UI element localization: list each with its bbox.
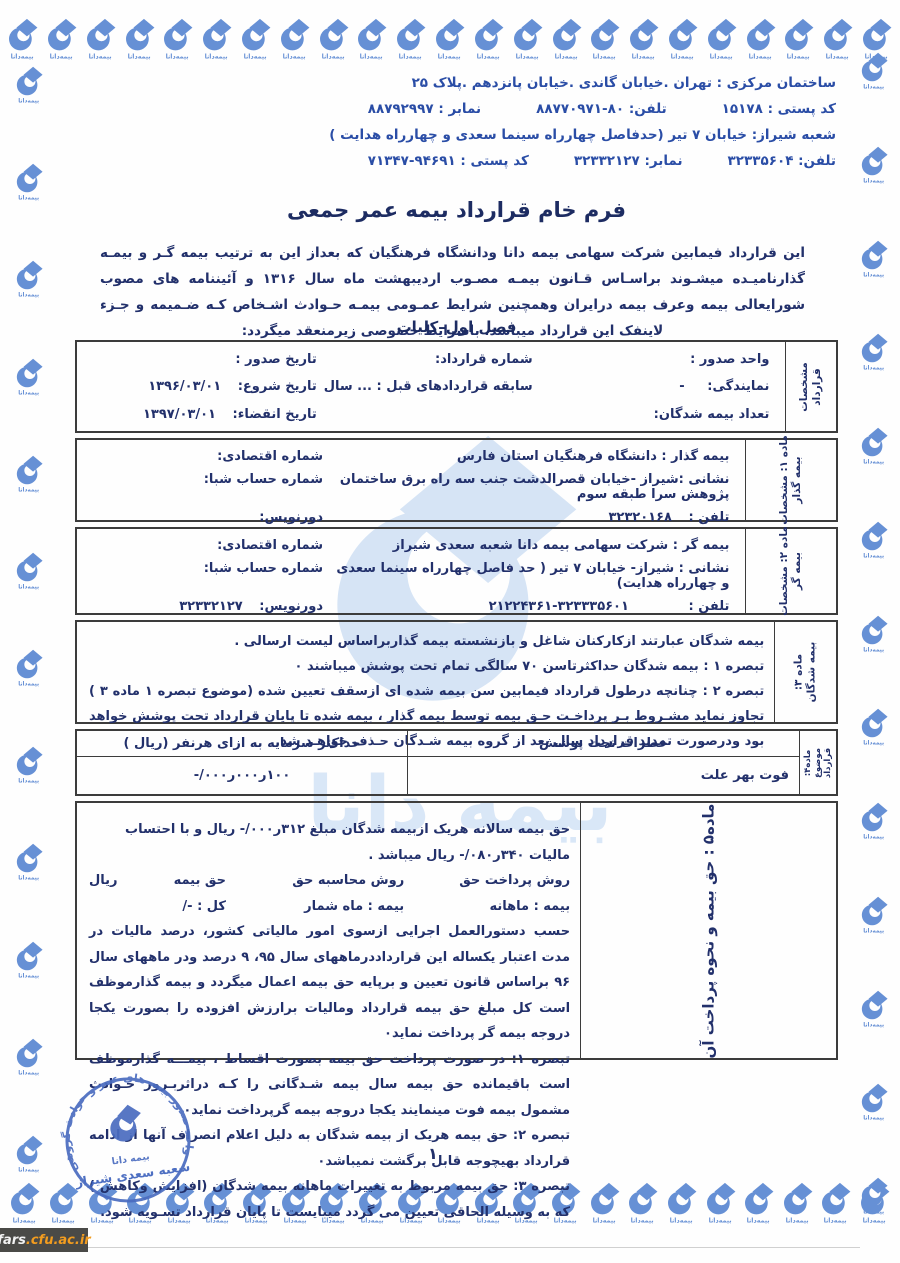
capital-cell: ۱۰۰ر۰۰۰ر۰۰۰/- [77, 757, 407, 794]
logo-border-right [861, 52, 888, 1215]
dana-logo-icon [861, 708, 888, 746]
policyholder-address: نشانی :شیراز -خیابان قصرالدشت جنب سه راه… [331, 472, 737, 502]
dana-logo-icon [8, 18, 38, 60]
insurer-address: نشانی : شیراز- خیابان ۷ تیر ( حد فاصل چه… [331, 561, 737, 591]
dana-logo-icon [861, 1083, 888, 1121]
dana-logo-icon [513, 18, 543, 60]
dana-logo-icon [861, 146, 888, 184]
dana-logo-icon [16, 746, 43, 784]
policyholder-side-label: ماده ۱: مشخصات بیمه گذار [745, 440, 836, 520]
dana-logo-icon [474, 18, 504, 60]
dana-logo-icon [667, 1182, 697, 1224]
dana-logo-icon [668, 18, 698, 60]
fax-number: نمابر : ۸۸۷۹۲۹۹۷ [368, 101, 481, 117]
dana-logo-icon [590, 1182, 620, 1224]
dana-logo-icon [16, 649, 43, 687]
end-date-value: ۱۳۹۷/۰۳/۰۱ [143, 407, 216, 422]
calc-method: روش محاسبه حق بیمه : ماه شمار [274, 868, 404, 919]
risks-header: خطرات تحت پوشش [407, 731, 799, 757]
dana-logo-icon [16, 843, 43, 881]
dana-logo-icon [16, 358, 43, 396]
insurer-box: ماده ۲: مشخصات بیمه گر بیمه گر : شرکت سه… [75, 527, 838, 615]
insurer-phone: تلفن : ۳۲۳۳۳۵۶۰۱-۲۱۲۲۴۳۶۱ [331, 599, 737, 614]
branch-stamp: واحد صدور بیمه های عمر و حوادث گروهی بیم… [53, 1065, 202, 1214]
payment-method: روش پرداخت حق بیمه : ماهانه [452, 868, 570, 919]
fax-value: ۳۲۳۳۲۱۲۷ [179, 599, 242, 614]
dana-logo-icon [47, 18, 77, 60]
dana-logo-icon [744, 1182, 774, 1224]
insurer-name: بیمه گر : شرکت سهامی بیمه دانا شعبه سعدی… [331, 538, 737, 553]
phone-number: تلفن: ۸۰-۸۸۷۷۰۹۷۱ [536, 101, 667, 117]
insurer-fields: بیمه گر : شرکت سهامی بیمه دانا شعبه سعدی… [77, 529, 745, 613]
policyholder-name: بیمه گذار : دانشگاه فرهنگیان استان فارس [331, 449, 737, 464]
tax-paragraph: حسب دستورالعمل اجرایی ازسوی امور مالیاتی… [89, 919, 570, 1047]
dana-logo-icon [590, 18, 620, 60]
contract-specs-side-label: مشخصات قرارداد [785, 342, 836, 431]
iban-field: شماره حساب شبا: [81, 472, 331, 502]
dana-logo-icon [319, 18, 349, 60]
dana-logo-icon [357, 18, 387, 60]
phone-value: ۳۲۳۲۰۱۶۸ [608, 510, 671, 525]
logo-border-left [16, 66, 43, 1173]
badge-suffix: .cfu.ac.ir [26, 1233, 91, 1248]
start-date-value: ۱۳۹۶/۰۳/۰۱ [148, 379, 221, 394]
dana-logo-icon [86, 18, 116, 60]
page-number: ۱ [428, 1144, 438, 1163]
insureds-text: بیمه شدگان عبارتند ازکارکنان شاغل و بازن… [77, 622, 774, 722]
logo-border-top [8, 18, 892, 60]
insureds-side-label: ماده ۳: بیمه شدگان [774, 622, 836, 722]
badge-prefix: fars [0, 1233, 26, 1248]
letterhead-address-block: ساختمان مرکزی : تهران .خیابان گاندی .خیا… [196, 70, 836, 174]
insureds-box: ماده ۳: بیمه شدگان بیمه شدگان عبارتند از… [75, 620, 838, 724]
dana-logo-icon [861, 521, 888, 559]
subject-side-label: ماده۴: موضوع قرارداد [799, 731, 836, 794]
dana-logo-icon [746, 18, 776, 60]
dana-logo-icon [202, 18, 232, 60]
risk-cell: فوت بهر علت [407, 757, 799, 794]
dana-logo-icon [163, 18, 193, 60]
dana-logo-icon [396, 18, 426, 60]
premium-text: حق بیمه سالانه هریک ازبیمه شدگان مبلغ ۳۱… [77, 803, 580, 1058]
dana-logo-icon [821, 1182, 851, 1224]
dana-logo-icon [861, 802, 888, 840]
contract-specs-box: مشخصات قرارداد واحد صدور : شماره قرارداد… [75, 340, 838, 433]
agency-field: نمایندگی: - [541, 379, 778, 397]
note-1: تبصره ۱ : بیمه شدگان حداکثرتاسن ۷۰ سالگی… [89, 654, 764, 679]
dana-logo-icon [861, 427, 888, 465]
insured-count-field: تعداد بیمه شدگان: [541, 407, 778, 425]
dana-logo-icon [628, 1182, 658, 1224]
policyholder-box: ماده ۱: مشخصات بیمه گذار بیمه گذار : دان… [75, 438, 838, 522]
policyholder-phone: تلفن : ۳۲۳۲۰۱۶۸ [331, 510, 737, 525]
insureds-definition: بیمه شدگان عبارتند ازکارکنان شاغل و بازن… [89, 629, 764, 654]
chapter-heading: فصل اول–کلیات [75, 318, 838, 336]
risks-table: خطرات تحت پوشش حداکثر سرمایه به ازای هرن… [77, 731, 799, 794]
premium-box: ماده۵ : حق بیمه و نحوه پرداخت آن حق بیمه… [75, 801, 838, 1060]
currency-label: ریال [89, 868, 118, 894]
branch-address: شعبه شیراز: خیابان ۷ تیر (حدفاصل چهارراه… [196, 122, 836, 148]
scan-edge-line [88, 1247, 860, 1248]
dana-logo-icon [552, 18, 582, 60]
dana-logo-icon [16, 455, 43, 493]
dana-logo-icon [861, 1177, 888, 1215]
covered-risks-box: ماده۴: موضوع قرارداد خطرات تحت پوشش حداک… [75, 729, 838, 796]
dana-logo-icon [435, 18, 465, 60]
dana-logo-icon [783, 1182, 813, 1224]
dana-logo-icon [16, 1038, 43, 1076]
economic-code-field: شماره اقتصادی: [81, 449, 331, 464]
fax-field: دورنویس: [81, 510, 331, 525]
history-field: سابقه قراردادهای قبل : ... سال [325, 379, 541, 397]
iban-field: شماره حساب شبا: [81, 561, 331, 591]
dana-logo-icon [280, 18, 310, 60]
dana-logo-icon [707, 18, 737, 60]
dana-logo-icon [861, 333, 888, 371]
dana-logo-icon [861, 990, 888, 1028]
phone-value: ۳۲۳۳۳۵۶۰۱-۲۱۲۲۴۳۶۱ [489, 599, 629, 614]
contract-no-field: شماره قرارداد: [325, 352, 541, 370]
premium-side-label: ماده۵ : حق بیمه و نحوه پرداخت آن [580, 803, 836, 1058]
phone-number: تلفن: ۳۲۳۳۵۶۰۴ [728, 153, 836, 169]
stamp-dana-logo [107, 1103, 144, 1143]
total-premium: حق بیمه کل : -/ [166, 868, 226, 919]
contract-specs-fields: واحد صدور : شماره قرارداد: تاریخ صدور : … [77, 342, 785, 431]
policyholder-fields: بیمه گذار : دانشگاه فرهنگیان استان فارس … [77, 440, 745, 520]
dana-logo-icon [861, 896, 888, 934]
issue-unit-field: واحد صدور : [541, 352, 778, 370]
postal-code: کد پستی : ۱۵۱۷۸ [722, 101, 836, 117]
end-date-field: تاریخ انقضاء: ۱۳۹۷/۰۳/۰۱ [81, 407, 325, 425]
document-title: فرم خام قرارداد بیمه عمر جمعی [75, 198, 838, 222]
annual-premium-line: حق بیمه سالانه هریک ازبیمه شدگان مبلغ ۳۱… [89, 817, 570, 868]
dana-logo-icon [629, 18, 659, 60]
issue-date-field: تاریخ صدور : [81, 352, 325, 370]
dana-logo-icon [125, 18, 155, 60]
dana-logo-icon [16, 260, 43, 298]
economic-code-field: شماره اقتصادی: [81, 538, 331, 553]
dana-logo-icon [16, 552, 43, 590]
dana-logo-icon [861, 52, 888, 90]
dana-logo-icon [16, 941, 43, 979]
dana-logo-icon [860, 1182, 890, 1224]
dana-logo-icon [861, 615, 888, 653]
capital-header: حداکثر سرمایه به ازای هرنفر (ریال ) [77, 731, 407, 757]
insurer-side-label: ماده ۲: مشخصات بیمه گر [745, 529, 836, 613]
branch-contacts: تلفن: ۳۲۳۳۵۶۰۴ نمابر: ۳۲۳۳۲۱۲۷ کد پستی :… [196, 148, 836, 174]
dana-logo-icon [861, 240, 888, 278]
source-watermark-badge: fars.cfu.ac.ir [0, 1228, 88, 1252]
dana-logo-icon [10, 1182, 40, 1224]
postal-code: کد پستی : ۹۴۶۹۱-۷۱۳۴۷ [368, 153, 529, 169]
head-office-contacts: کد پستی : ۱۵۱۷۸ تلفن: ۸۰-۸۸۷۷۰۹۷۱ نمابر … [196, 96, 836, 122]
payment-method-line: روش پرداخت حق بیمه : ماهانه روش محاسبه ح… [89, 868, 570, 919]
fax-field: دورنویس: ۳۲۳۳۲۱۲۷ [81, 599, 331, 614]
dana-logo-icon [862, 18, 892, 60]
scanned-insurance-contract-page: بیمه دانا ساختمان مرکزی : تهران .خیابان … [0, 0, 900, 1263]
start-date-field: تاریخ شروع: ۱۳۹۶/۰۳/۰۱ [81, 379, 325, 397]
dana-logo-icon [784, 18, 814, 60]
dana-logo-icon [16, 66, 43, 104]
head-office-address: ساختمان مرکزی : تهران .خیابان گاندی .خیا… [196, 70, 836, 96]
dana-logo-icon [241, 18, 271, 60]
dana-logo-icon [706, 1182, 736, 1224]
dana-logo-icon [823, 18, 853, 60]
fax-number: نمابر: ۳۲۳۳۲۱۲۷ [574, 153, 683, 169]
dana-logo-icon [16, 163, 43, 201]
dana-logo-icon [16, 1135, 43, 1173]
